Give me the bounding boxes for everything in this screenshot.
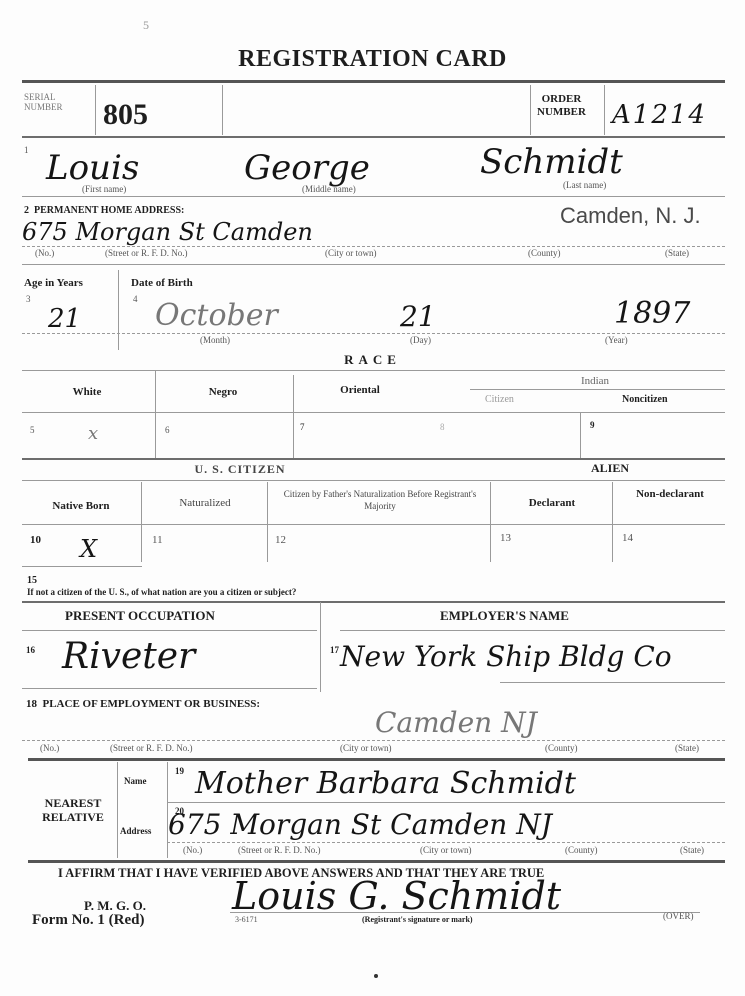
field-no-8: 8 <box>440 422 445 432</box>
dob-caption-month: (Month) <box>200 335 230 345</box>
employment-caption-city: (City or town) <box>340 743 392 753</box>
race-col-oriental: Oriental <box>295 384 425 396</box>
rule <box>22 566 142 567</box>
nearest-relative-line2: RELATIVE <box>28 810 118 824</box>
address-stamp: Camden, N. J. <box>560 203 701 229</box>
field-no-7: 7 <box>300 422 305 432</box>
divider <box>267 482 268 562</box>
address-caption-county: (County) <box>528 248 561 258</box>
employer-value: New York Ship Bldg Co <box>340 640 672 673</box>
us-citizen-heading: U. S. CITIZEN <box>120 462 360 477</box>
rule <box>22 480 725 481</box>
rule <box>22 136 725 138</box>
field-no-1: 1 <box>24 145 29 155</box>
last-name: Schmidt <box>480 142 623 182</box>
field-no-14: 14 <box>622 532 633 544</box>
dob-caption-day: (Day) <box>410 335 431 345</box>
address-label-text: PERMANENT HOME ADDRESS: <box>34 205 184 216</box>
relative-name-value: Mother Barbara Schmidt <box>195 766 576 801</box>
rule <box>28 758 725 761</box>
divider <box>222 85 223 135</box>
field-no-16: 16 <box>26 645 35 655</box>
field-no-17: 17 <box>330 645 339 655</box>
nation-question: If not a citizen of the U. S., of what n… <box>27 587 296 597</box>
rule <box>22 246 725 247</box>
rule <box>470 389 725 390</box>
race-col-indian-citizen: Citizen <box>485 394 514 405</box>
divider <box>530 85 531 135</box>
field-no-13: 13 <box>500 532 511 544</box>
relative-caption-street: (Street or R. F. D. No.) <box>238 845 321 855</box>
employment-place-label: 18 PLACE OF EMPLOYMENT OR BUSINESS: <box>26 698 260 710</box>
native-born-mark: X <box>80 535 97 563</box>
ink-dot <box>374 974 378 978</box>
rule <box>22 458 725 460</box>
middle-name-caption: (Middle name) <box>302 184 356 194</box>
occupation-heading: PRESENT OCCUPATION <box>65 608 215 624</box>
age-label: Age in Years <box>24 277 83 289</box>
race-heading: RACE <box>0 352 745 368</box>
divider <box>580 412 581 458</box>
field-no-15: 15 <box>27 575 37 586</box>
col-citizen-by-father: Citizen by Father's Naturalization Befor… <box>275 488 485 512</box>
corner-mark: 5 <box>143 18 149 33</box>
relative-caption-city: (City or town) <box>420 845 472 855</box>
birth-year: 1897 <box>614 296 690 331</box>
serial-label-line1: SERIAL <box>24 92 63 102</box>
birth-month: October <box>155 298 278 333</box>
address-caption-state: (State) <box>665 248 689 258</box>
field-no-9: 9 <box>590 420 595 430</box>
home-address: 675 Morgan St Camden <box>22 218 313 246</box>
dob-label: Date of Birth <box>131 277 193 289</box>
nearest-relative-label: NEAREST RELATIVE <box>28 796 118 824</box>
order-label-line1: ORDER <box>537 93 586 106</box>
order-label-line2: NUMBER <box>537 106 586 119</box>
rule <box>22 80 725 83</box>
last-name-caption: (Last name) <box>563 180 606 190</box>
address-caption-no: (No.) <box>35 248 54 258</box>
occupation-value: Riveter <box>62 636 195 677</box>
col-declarant: Declarant <box>492 497 612 509</box>
employment-caption-county: (County) <box>545 743 578 753</box>
field-no-6: 6 <box>165 425 170 435</box>
field-no-11: 11 <box>152 534 163 546</box>
race-indian-heading: Indian <box>470 375 720 387</box>
rule <box>167 802 725 803</box>
age-value: 21 <box>48 304 81 334</box>
race-col-indian-noncitizen: Noncitizen <box>622 394 668 405</box>
signature-caption: (Registrant's signature or mark) <box>362 915 473 924</box>
first-name-caption: (First name) <box>82 184 126 194</box>
middle-name: George <box>244 148 370 188</box>
relative-caption-county: (County) <box>565 845 598 855</box>
birth-day: 21 <box>400 300 436 333</box>
relative-address-label: Address <box>120 826 151 836</box>
rule <box>340 630 725 631</box>
divider <box>490 482 491 562</box>
address-label: 2 PERMANENT HOME ADDRESS: <box>24 205 184 216</box>
field-no-12: 12 <box>275 534 286 546</box>
rule <box>500 682 725 683</box>
order-label: ORDER NUMBER <box>537 93 586 119</box>
print-code: 3-6171 <box>235 915 258 924</box>
address-caption-street: (Street or R. F. D. No.) <box>105 248 188 258</box>
rule <box>230 912 700 913</box>
field-no-4: 4 <box>133 294 138 304</box>
field-no-3: 3 <box>26 294 31 304</box>
field-no-2: 2 <box>24 205 29 216</box>
rule <box>22 630 317 631</box>
serial-number: 805 <box>103 98 148 132</box>
col-native-born: Native Born <box>22 500 140 512</box>
relative-caption-state: (State) <box>680 845 704 855</box>
employment-place-label-text: PLACE OF EMPLOYMENT OR BUSINESS: <box>43 698 261 710</box>
col-non-declarant: Non-declarant <box>630 487 710 501</box>
divider <box>320 602 321 692</box>
employer-heading: EMPLOYER'S NAME <box>440 608 569 624</box>
rule <box>22 412 725 413</box>
race-col-white: White <box>22 386 152 398</box>
col-naturalized: Naturalized <box>145 497 265 509</box>
rule <box>22 524 725 525</box>
address-caption-city: (City or town) <box>325 248 377 258</box>
rule <box>22 688 317 689</box>
rule <box>22 333 725 334</box>
divider <box>141 482 142 562</box>
rule <box>28 860 725 863</box>
card-title: REGISTRATION CARD <box>0 46 745 73</box>
relative-caption-no: (No.) <box>183 845 202 855</box>
relative-name-label: Name <box>124 776 147 786</box>
divider <box>293 375 294 458</box>
race-col-negro: Negro <box>158 386 288 398</box>
field-no-19: 19 <box>175 766 184 776</box>
divider <box>118 270 119 350</box>
employment-caption-no: (No.) <box>40 743 59 753</box>
first-name: Louis <box>46 148 139 188</box>
divider <box>117 762 118 858</box>
field-no-10: 10 <box>30 534 41 546</box>
relative-address-value: 675 Morgan St Camden NJ <box>168 808 552 841</box>
employment-place-value: Camden NJ <box>375 706 537 739</box>
field-no-5: 5 <box>30 425 35 435</box>
nearest-relative-line1: NEAREST <box>28 796 118 810</box>
divider <box>95 85 96 135</box>
rule <box>22 264 725 265</box>
divider <box>604 85 605 135</box>
serial-label: SERIAL NUMBER <box>24 92 63 112</box>
rule <box>22 740 725 741</box>
form-line-2: Form No. 1 (Red) <box>32 912 144 929</box>
rule <box>22 370 725 371</box>
rule <box>22 601 725 603</box>
employment-caption-state: (State) <box>675 743 699 753</box>
rule <box>22 196 725 197</box>
divider <box>612 482 613 562</box>
serial-label-line2: NUMBER <box>24 102 63 112</box>
race-white-mark: x <box>88 423 98 444</box>
field-no-18: 18 <box>26 698 37 710</box>
divider <box>155 370 156 458</box>
rule <box>167 842 725 843</box>
alien-heading: ALIEN <box>530 461 690 476</box>
order-number: A1214 <box>612 100 707 130</box>
over-label: (OVER) <box>663 911 694 921</box>
employment-caption-street: (Street or R. F. D. No.) <box>110 743 193 753</box>
dob-caption-year: (Year) <box>605 335 628 345</box>
